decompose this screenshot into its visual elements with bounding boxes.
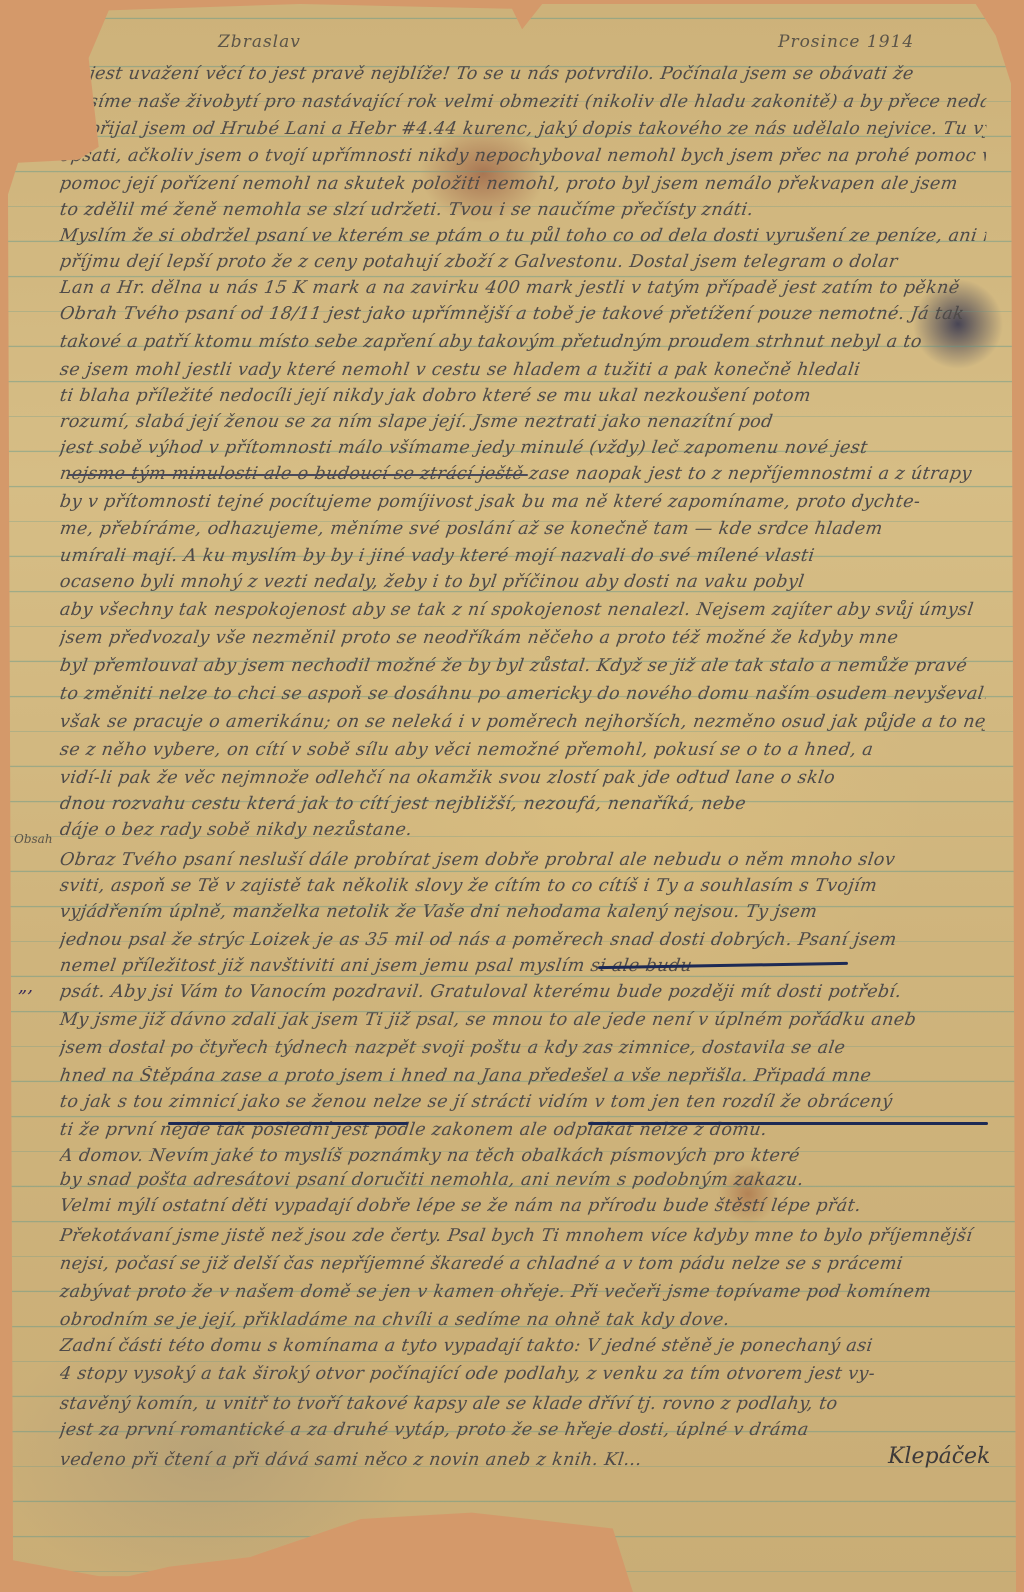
text-line: by snad pošta adresátovi psaní doručiti … <box>59 1170 988 1190</box>
text-line: me, přebíráme, odhazujeme, měníme své po… <box>59 519 988 539</box>
letter-header: Zbraslav Prosince 1914 <box>8 24 1016 54</box>
text-line: Zadní části této domu s komínama a tyto … <box>59 1336 988 1356</box>
text-line: takové a patří ktomu místo sebe zapření … <box>59 332 988 352</box>
text-line: jest za první romantické a za druhé vytá… <box>59 1420 988 1440</box>
text-line: aby všechny tak nespokojenost aby se tak… <box>59 600 988 620</box>
text-line: však se pracuje o amerikánu; on se nelek… <box>59 712 988 732</box>
text-line: pomoc její pořízení nemohl na skutek pol… <box>59 174 988 194</box>
text-line: ti blaha příležité nedocíli její nikdy j… <box>59 386 988 406</box>
text-line: ocaseno byli mnohý z vezti nedaly, žeby … <box>59 572 988 592</box>
text-line: zabývat proto že v našem domě se jen v k… <box>59 1282 988 1302</box>
text-line: stavěný komín, u vnitř to tvoří takové k… <box>59 1394 988 1414</box>
text-line: dáje o bez rady sobě nikdy nezůstane. <box>59 820 988 840</box>
header-place: Zbraslav <box>218 32 301 52</box>
text-line: příjmu dejí lepší proto že z ceny potahu… <box>59 252 988 272</box>
text-line: jest sobě výhod v přítomnosti málo všíma… <box>59 438 988 458</box>
text-line: to zdělil mé ženě nemohla se slzí udržet… <box>59 200 988 220</box>
text-line: psát. Aby jsi Vám to Vanocím pozdravil. … <box>59 982 988 1002</box>
text-line: 4 stopy vysoký a tak široký otvor počína… <box>59 1364 988 1384</box>
text-line: Myslím že si obdržel psaní ve kterém se … <box>59 226 988 246</box>
text-line: vidí-li pak že věc nejmnože odlehčí na o… <box>59 768 988 788</box>
text-line: Obrah Tvého psaní od 18/11 jest jako upř… <box>59 304 988 324</box>
text-line: umírali mají. A ku myslím by by i jiné v… <box>59 546 988 566</box>
strikethrough-mark <box>588 1122 988 1125</box>
text-line: Lan a Hr. dělna u nás 15 K mark a na zav… <box>59 278 988 298</box>
text-line: obrodním se je její, přikladáme na chvíl… <box>59 1310 988 1330</box>
text-line: se jsem mohl jestli vady které nemohl v … <box>59 360 988 380</box>
text-line: Obraz Tvého psaní nesluší dále probírat … <box>59 850 988 870</box>
strikethrough-mark <box>168 1122 408 1125</box>
text-line: vedeno při čtení a při dává sami něco z … <box>59 1450 988 1470</box>
text-line: rozumí, slabá její ženou se za ním slape… <box>59 412 988 432</box>
text-line: opsati, ačkoliv jsem o tvojí upřímnosti … <box>59 146 988 166</box>
text-line: nemel příležitost již navštiviti ani jse… <box>59 956 988 976</box>
text-line: to jak s tou zimnicí jako se ženou nelze… <box>59 1092 988 1112</box>
text-line: to změniti nelze to chci se aspoň se dos… <box>59 684 988 704</box>
text-line: hned na Štěpána zase a proto jsem i hned… <box>59 1066 988 1086</box>
strikethrough-mark <box>68 474 528 476</box>
text-line: jsem předvozaly vše nezměnil proto se ne… <box>59 628 988 648</box>
header-date: Prosince 1914 <box>778 32 914 52</box>
text-line: od přijal jsem od Hrubé Lani a Hebr #4.4… <box>59 119 988 139</box>
text-line: Velmi mýlí ostatní děti vypadají dobře l… <box>59 1196 988 1216</box>
text-line: vyjádřením úplně, manželka netolik že Va… <box>59 902 988 922</box>
text-line: byl přemlouval aby jsem nechodil možné ž… <box>59 656 988 676</box>
text-line: My jsme již dávno zdali jak jsem Ti již … <box>59 1010 988 1030</box>
text-line: A domov. Nevím jaké to myslíš poznámky n… <box>59 1146 988 1166</box>
letter-page: Zbraslav Prosince 1914 Že jest uvažení v… <box>8 4 1016 1592</box>
margin-note: Obsah <box>14 832 53 846</box>
text-line: Překotávaní jsme jistě než jsou zde čert… <box>59 1226 988 1246</box>
margin-note: „, <box>18 976 33 997</box>
text-line: sviti, aspoň se Tě v zajistě tak několik… <box>59 876 988 896</box>
text-line: nejsi, počasí se již delší čas nepříjemn… <box>59 1254 988 1274</box>
text-line: se z něho vybere, on cítí v sobě sílu ab… <box>59 740 988 760</box>
signature: Klepáček <box>888 1444 990 1469</box>
text-line: musíme naše živobytí pro nastávající rok… <box>59 92 988 112</box>
text-line: jsem dostal po čtyřech týdnech nazpět sv… <box>59 1038 988 1058</box>
text-line: Že jest uvažení věcí to jest pravě nejbl… <box>59 64 988 84</box>
text-line: jednou psal že strýc Loizek je as 35 mil… <box>59 930 988 950</box>
text-line: by v přítomnosti tejné pocítujeme pomíji… <box>59 492 988 512</box>
text-line: dnou rozvahu cestu která jak to cítí jes… <box>59 794 988 814</box>
